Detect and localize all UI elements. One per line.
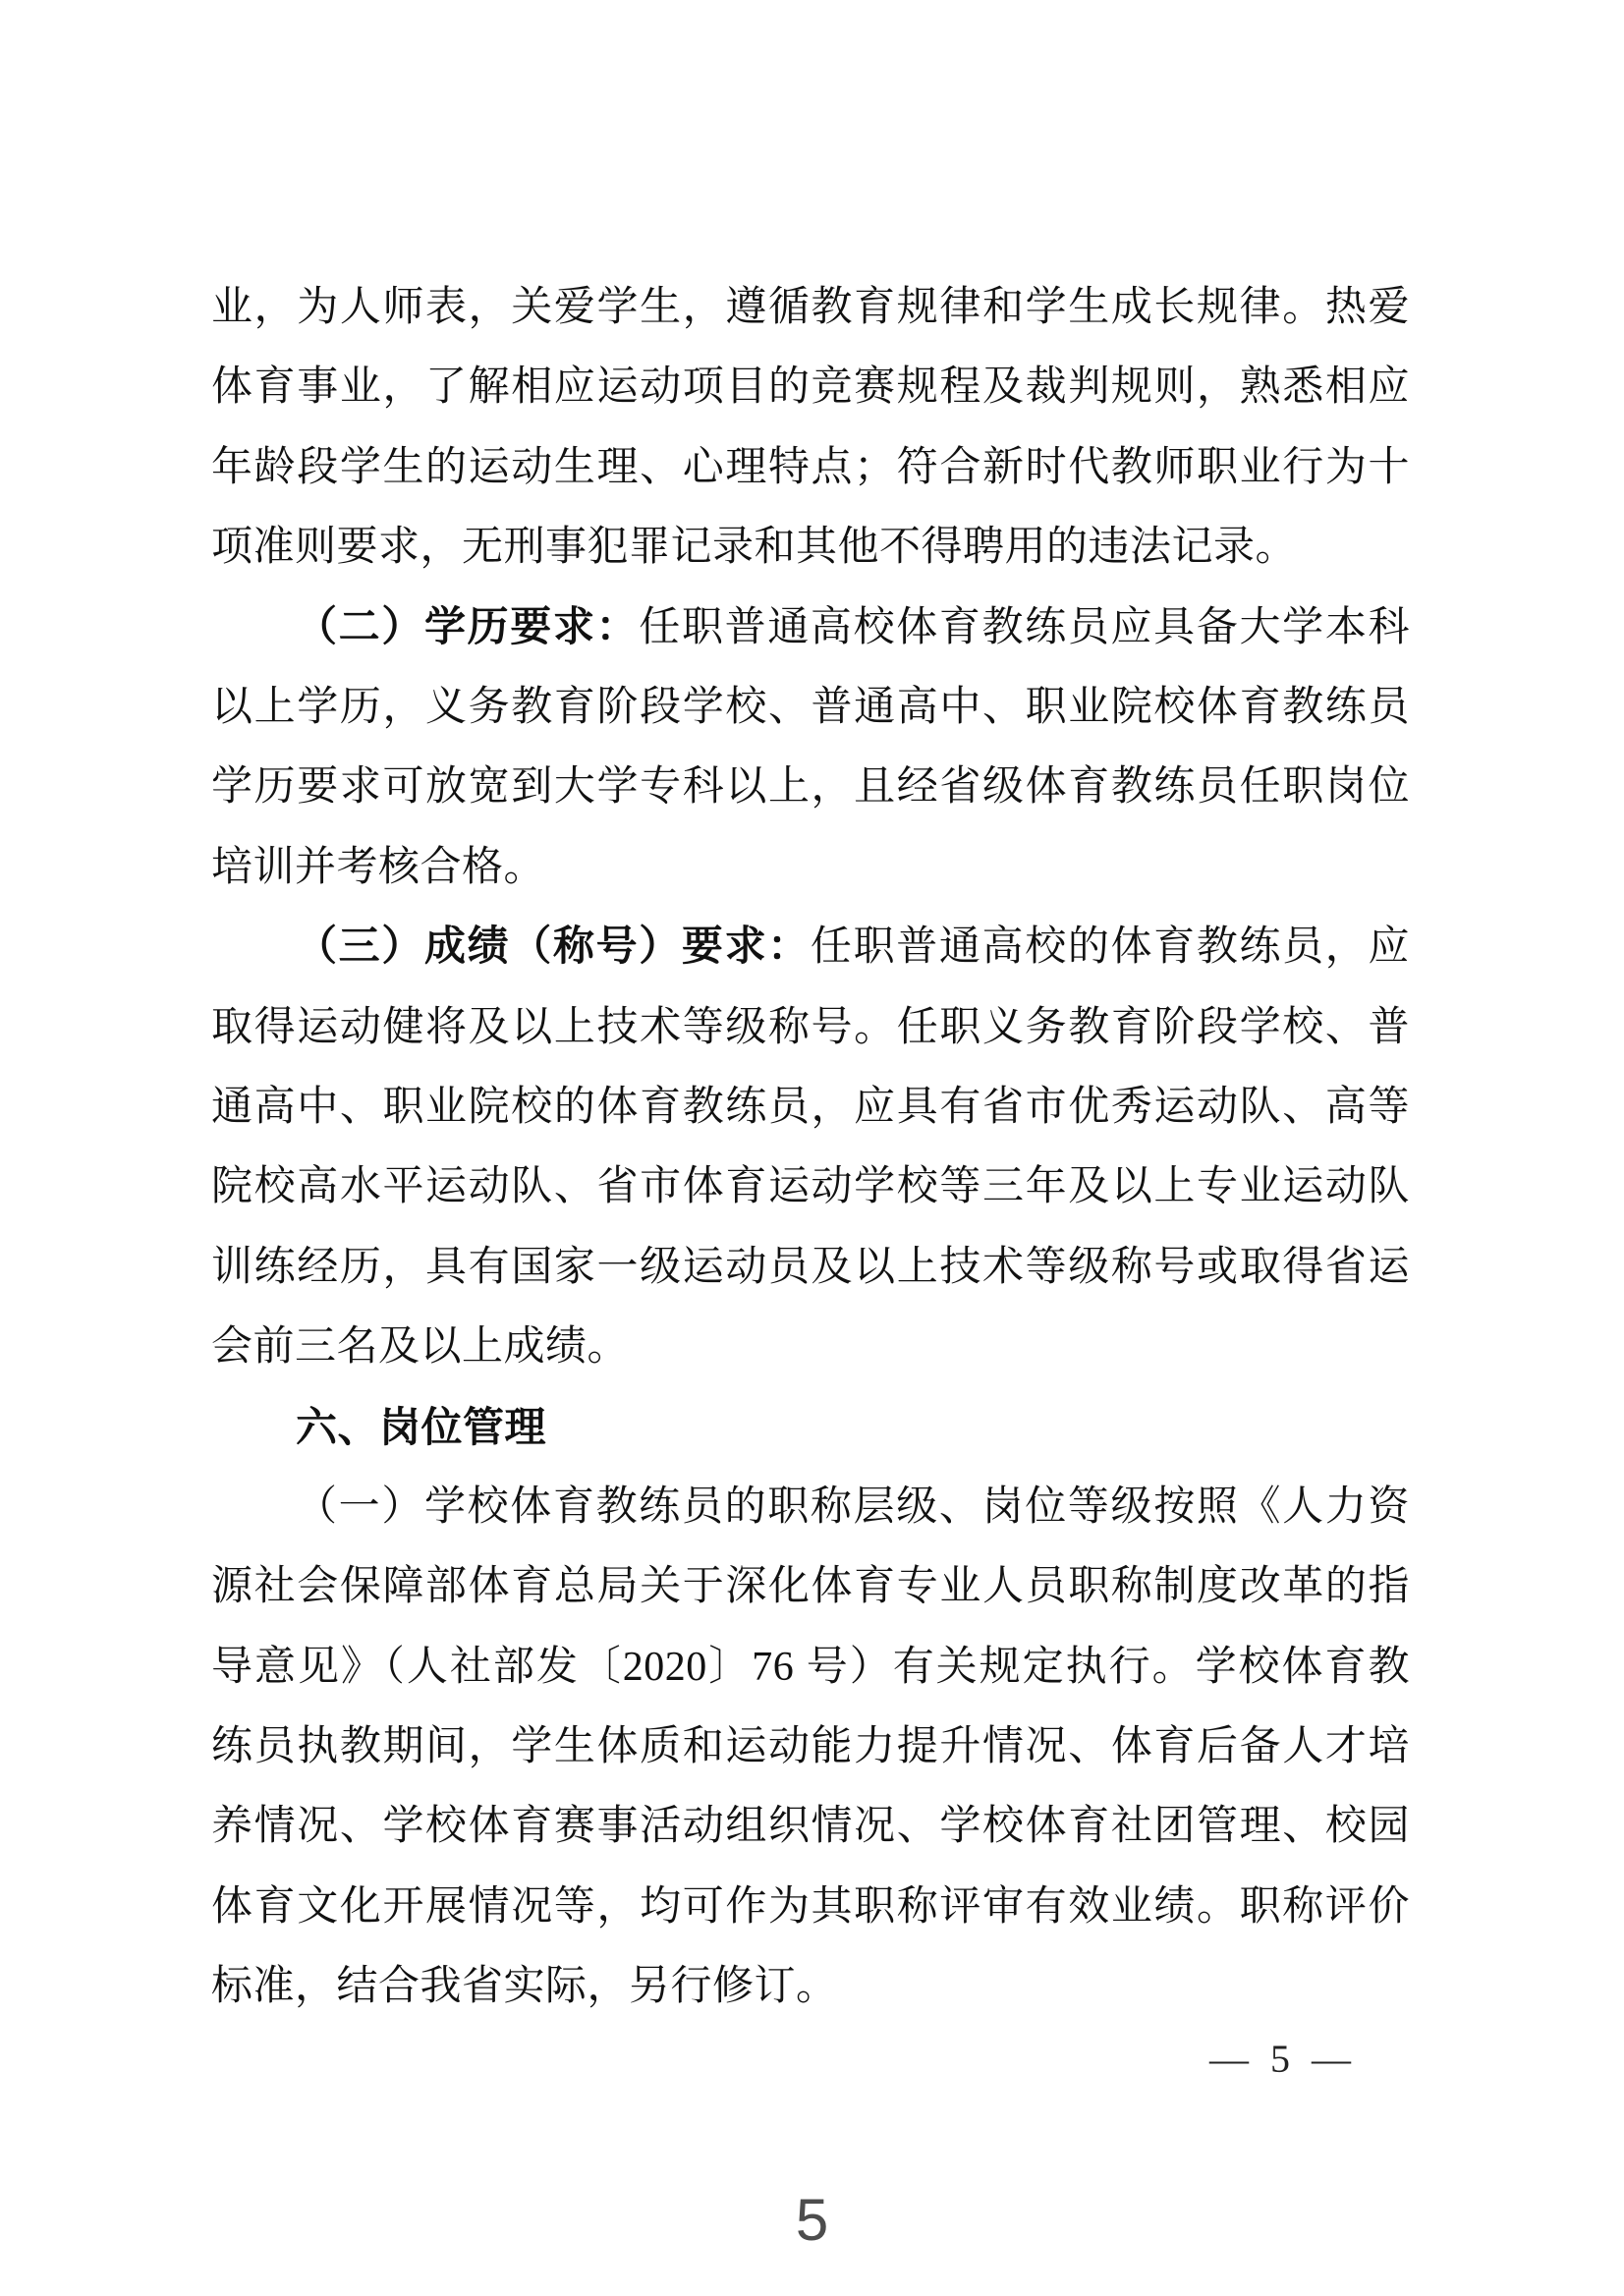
text-line: （二）学历要求：任职普通高校体育教练员应具备大学本科	[211, 588, 1410, 668]
text-line: 取得运动健将及以上技术等级称号。任职义务教育阶段学校、普	[211, 988, 1410, 1068]
text-line: 院校高水平运动队、省市体育运动学校等三年及以上专业运动队	[211, 1148, 1410, 1227]
body-text: 任职普通高校的体育教练员，应	[811, 924, 1410, 970]
body-text: 院校高水平运动队、省市体育运动学校等三年及以上专业运动队	[211, 1164, 1410, 1209]
body-text: 项准则要求，无刑事犯罪记录和其他不得聘用的违法记录。	[211, 525, 1297, 570]
bold-lead-in: （二）学历要求：	[296, 605, 639, 650]
text-line: 体育文化开展情况等，均可作为其职称评审有效业绩。职称评价	[211, 1868, 1410, 1947]
body-text: 源社会保障部体育总局关于深化体育专业人员职称制度改革的指	[211, 1564, 1410, 1609]
body-text: 年龄段学生的运动生理、心理特点；符合新时代教师职业行为十	[211, 445, 1410, 490]
body-text: 通高中、职业院校的体育教练员，应具有省市优秀运动队、高等	[211, 1085, 1410, 1130]
body-text: 学历要求可放宽到大学专科以上，且经省级体育教练员任职岗位	[211, 764, 1410, 810]
text-line: 练员执教期间，学生体质和运动能力提升情况、体育后备人才培	[211, 1708, 1410, 1787]
body-text: 训练经历，具有国家一级运动员及以上技术等级称号或取得省运	[211, 1245, 1410, 1290]
text-line: 以上学历，义务教育阶段学校、普通高中、职业院校体育教练员	[211, 668, 1410, 748]
text-line: 学历要求可放宽到大学专科以上，且经省级体育教练员任职岗位	[211, 748, 1410, 827]
body-text: （一）学校体育教练员的职称层级、岗位等级按照《人力资	[296, 1484, 1410, 1530]
text-line: （一）学校体育教练员的职称层级、岗位等级按照《人力资	[211, 1468, 1410, 1547]
text-line: 导意见》（人社部发〔2020〕76 号）有关规定执行。学校体育教	[211, 1628, 1410, 1708]
bold-lead-in: 六、岗位管理	[296, 1404, 546, 1450]
text-line: 项准则要求，无刑事犯罪记录和其他不得聘用的违法记录。	[211, 508, 1410, 588]
viewer-page-indicator: 5	[0, 2186, 1624, 2254]
text-line: 年龄段学生的运动生理、心理特点；符合新时代教师职业行为十	[211, 428, 1410, 508]
text-line: 标准，结合我省实际，另行修订。	[211, 1947, 1410, 2027]
footer-page-number: — 5 —	[1209, 2036, 1357, 2082]
section-heading: 六、岗位管理	[211, 1387, 1410, 1467]
body-text: 练员执教期间，学生体质和运动能力提升情况、体育后备人才培	[211, 1724, 1410, 1769]
text-line: 业，为人师表，关爱学生，遵循教育规律和学生成长规律。热爱	[211, 268, 1410, 348]
text-line: 源社会保障部体育总局关于深化体育专业人员职称制度改革的指	[211, 1547, 1410, 1627]
text-block: 业，为人师表，关爱学生，遵循教育规律和学生成长规律。热爱体育事业，了解相应运动项…	[211, 268, 1410, 2028]
body-text: 以上学历，义务教育阶段学校、普通高中、职业院校体育教练员	[211, 685, 1410, 730]
text-line: 培训并考核合格。	[211, 828, 1410, 908]
body-text: 导意见》（人社部发〔2020〕76 号）有关规定执行。学校体育教	[211, 1645, 1410, 1690]
text-line: （三）成绩（称号）要求：任职普通高校的体育教练员，应	[211, 908, 1410, 987]
text-line: 通高中、职业院校的体育教练员，应具有省市优秀运动队、高等	[211, 1068, 1410, 1148]
text-line: 养情况、学校体育赛事活动组织情况、学校体育社团管理、校园	[211, 1787, 1410, 1867]
document-page: 业，为人师表，关爱学生，遵循教育规律和学生成长规律。热爱体育事业，了解相应运动项…	[0, 0, 1624, 2296]
body-text: 任职普通高校体育教练员应具备大学本科	[639, 605, 1410, 650]
body-text: 养情况、学校体育赛事活动组织情况、学校体育社团管理、校园	[211, 1804, 1410, 1849]
text-line: 体育事业，了解相应运动项目的竞赛规程及裁判规则，熟悉相应	[211, 348, 1410, 427]
bold-lead-in: （三）成绩（称号）要求：	[296, 924, 811, 970]
body-text: 体育事业，了解相应运动项目的竞赛规程及裁判规则，熟悉相应	[211, 364, 1410, 410]
body-text: 标准，结合我省实际，另行修订。	[211, 1964, 838, 2009]
body-text: 会前三名及以上成绩。	[211, 1324, 629, 1370]
body-text: 业，为人师表，关爱学生，遵循教育规律和学生成长规律。热爱	[211, 285, 1410, 330]
body-text: 取得运动健将及以上技术等级称号。任职义务教育阶段学校、普	[211, 1005, 1410, 1050]
body-text: 体育文化开展情况等，均可作为其职称评审有效业绩。职称评价	[211, 1884, 1410, 1930]
text-line: 训练经历，具有国家一级运动员及以上技术等级称号或取得省运	[211, 1228, 1410, 1308]
body-text: 培训并考核合格。	[211, 845, 545, 890]
text-line: 会前三名及以上成绩。	[211, 1308, 1410, 1387]
